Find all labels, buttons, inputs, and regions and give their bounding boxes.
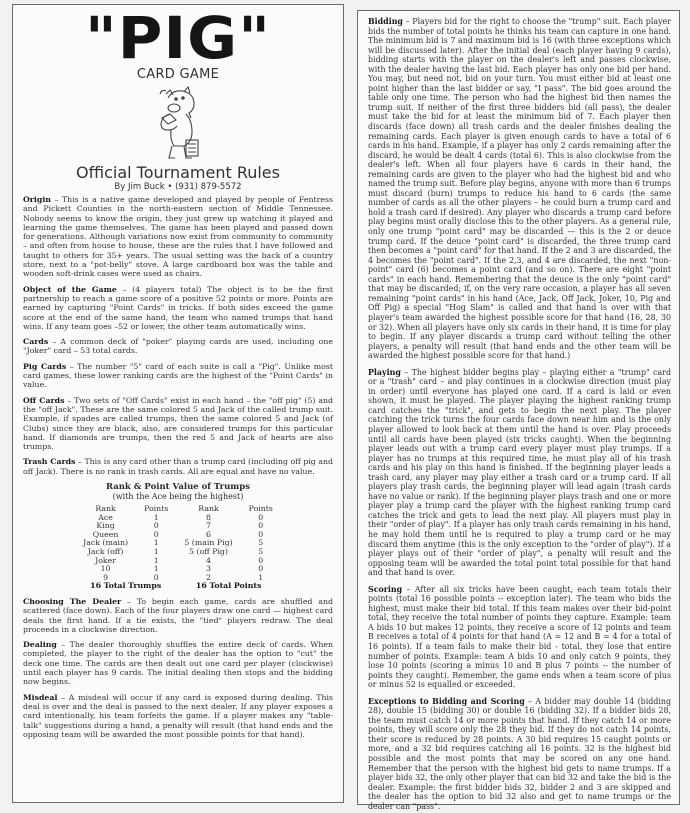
section-choosing-dealer: Choosing The Dealer – To begin each game… [23,597,333,634]
total-points: 16 Total Points [176,582,281,591]
section-heading: Misdeal [23,693,57,702]
section-off-cards: Off Cards – Two sets of "Off Cards" exis… [23,396,333,452]
rules-title: Official Tournament Rules [23,164,333,182]
section-heading: Scoring [368,585,402,594]
section-playing: Playing – The highest bidder begins play… [368,368,671,578]
section-heading: Bidding [368,17,403,26]
section-heading: Pig Cards [23,362,66,371]
section-misdeal: Misdeal – A misdeal will occur if any ca… [23,693,333,739]
section-heading: Playing [368,368,401,377]
rank-point-table-section: Rank & Point Value of Trumps (with the A… [23,482,333,591]
section-heading: Choosing The Dealer [23,597,121,606]
left-page-panel: "PIG" CARD GAME Official Tournament Rule… [12,4,344,803]
total-trumps: 16 Total Trumps [75,582,176,591]
section-body: – The highest bidder begins play – playi… [368,368,671,577]
author-byline: By Jim Buck • (931) 879-5572 [23,182,333,192]
section-body: – Players bid for the right to choose th… [368,17,671,360]
section-heading: Exceptions to Bidding and Scoring [368,697,525,706]
pig-illustration-icon [146,84,210,162]
section-heading: Object of the Game [23,285,117,294]
section-body: – A common deck of "poker" playing cards… [23,337,333,355]
section-bidding: Bidding – Players bid for the right to c… [368,17,671,361]
section-body: – A misdeal will occur if any card is ex… [23,693,333,739]
section-pig-cards: Pig Cards – The number "5" card of each … [23,362,333,390]
section-heading: Off Cards [23,396,65,405]
section-dealing: Dealing – The dealer thoroughly shuffles… [23,640,333,686]
section-heading: Dealing [23,640,57,649]
table-footer-row: 16 Total Trumps 16 Total Points [75,582,281,591]
section-body: – Two sets of "Off Cards" exist in each … [23,396,333,451]
section-scoring: Scoring – After all six tricks have been… [368,585,671,690]
table-subtitle: (with the Ace being the highest) [23,492,333,501]
section-body: – The dealer thoroughly shuffles the ent… [23,640,333,686]
section-origin: Origin – This is a native game developed… [23,195,333,279]
section-body: – After all six tricks have been caught,… [368,585,671,689]
table-title: Rank & Point Value of Trumps [23,482,333,492]
right-page-panel: Bidding – Players bid for the right to c… [357,10,680,805]
rank-point-table: Rank Points Rank Points Ace180 King070 Q… [75,505,281,591]
section-body: – The number "5" card of each suite is c… [23,362,333,390]
section-heading: Trash Cards [23,457,75,466]
section-heading: Origin [23,195,51,204]
section-body: – A bidder may double 14 (bidding 28), d… [368,697,671,811]
section-heading: Cards [23,337,48,346]
section-trash-cards: Trash Cards – This is any card other tha… [23,457,333,476]
section-object: Object of the Game – (4 players total) T… [23,285,333,331]
section-exceptions: Exceptions to Bidding and Scoring – A bi… [368,697,671,812]
section-cards: Cards – A common deck of "poker" playing… [23,337,333,356]
game-title: "PIG" [15,9,341,67]
section-body: – This is a native game developed and pl… [23,195,333,278]
